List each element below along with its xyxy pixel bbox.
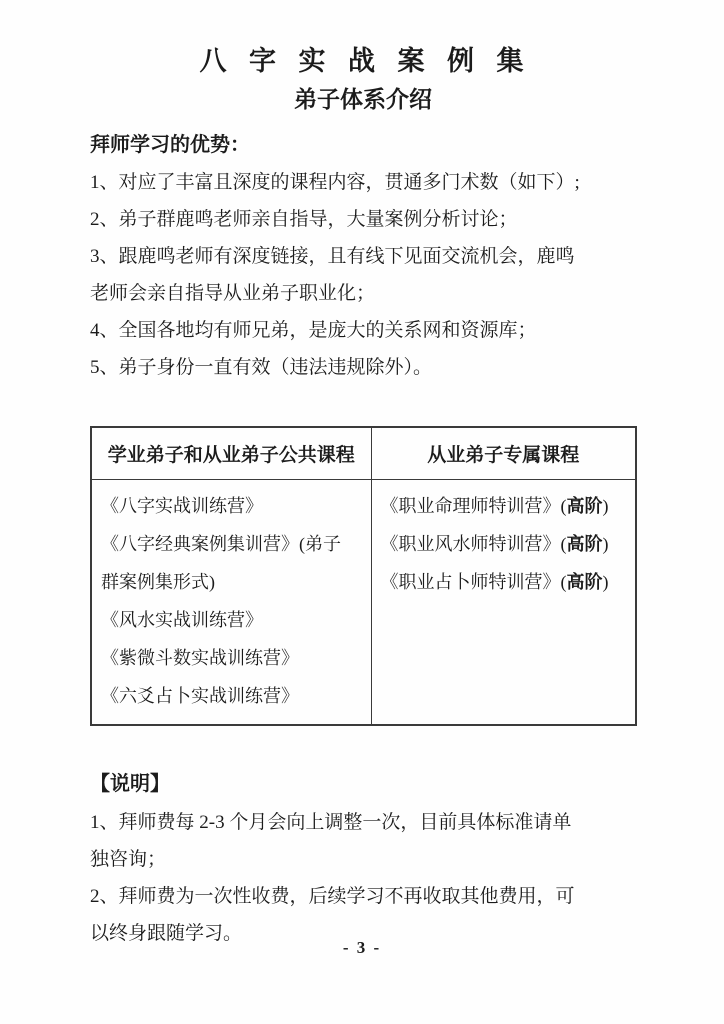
advantages-heading: 拜师学习的优势： [90, 131, 636, 159]
table-cell-common-courses: 《八字实战训练营》 《八字经典案例集训营》(弟子 群案例集形式) 《风水实战训练… [91, 479, 371, 725]
advantage-item: 1、对应了丰富且深度的课程内容，贯通多门术数（如下）; [90, 164, 636, 201]
table-body-row: 《八字实战训练营》 《八字经典案例集训营》(弟子 群案例集形式) 《风水实战训练… [91, 479, 636, 725]
table-header-row: 学业弟子和从业弟子公共课程 从业弟子专属课程 [91, 427, 636, 479]
course-level-highlight: 高阶 [567, 496, 603, 516]
advantage-item: 5、弟子身份一直有效（违法违规除外）。 [90, 349, 636, 386]
course-item: 《职业风水师特训营》(高阶) [381, 525, 627, 563]
course-level-highlight: 高阶 [567, 572, 603, 592]
page-subtitle: 弟子体系介绍 [90, 85, 636, 115]
course-table: 学业弟子和从业弟子公共课程 从业弟子专属课程 《八字实战训练营》 《八字经典案例… [90, 426, 637, 726]
course-item: 《风水实战训练营》 [101, 601, 362, 639]
course-level-highlight: 高阶 [567, 534, 603, 554]
course-item: 《八字经典案例集训营》(弟子 群案例集形式) [101, 525, 362, 601]
table-header-pro-courses: 从业弟子专属课程 [371, 427, 636, 479]
advantage-item: 4、全国各地均有师兄弟，是庞大的关系网和资源库； [90, 312, 636, 349]
notes-heading: 【说明】 [90, 770, 636, 798]
document-page: 八 字 实 战 案 例 集 弟子体系介绍 拜师学习的优势： 1、对应了丰富且深度… [0, 0, 724, 1024]
notes-list: 1、拜师费每 2-3 个月会向上调整一次，目前具体标准请单 独咨询； 2、拜师费… [90, 804, 636, 952]
page-content: 八 字 实 战 案 例 集 弟子体系介绍 拜师学习的优势： 1、对应了丰富且深度… [0, 0, 724, 952]
course-item: 《职业命理师特训营》(高阶) [381, 487, 627, 525]
advantages-list: 1、对应了丰富且深度的课程内容，贯通多门术数（如下）; 2、弟子群鹿鸣老师亲自指… [90, 164, 636, 386]
course-item: 《八字实战训练营》 [101, 487, 362, 525]
course-item: 《紫微斗数实战训练营》 [101, 639, 362, 677]
page-title: 八 字 实 战 案 例 集 [90, 44, 636, 78]
table-header-common-courses: 学业弟子和从业弟子公共课程 [91, 427, 371, 479]
course-item: 《六爻占卜实战训练营》 [101, 677, 362, 715]
note-item: 1、拜师费每 2-3 个月会向上调整一次，目前具体标准请单 独咨询； [90, 804, 636, 878]
advantage-item: 3、跟鹿鸣老师有深度链接，且有线下见面交流机会，鹿鸣 老师会亲自指导从业弟子职业… [90, 238, 636, 312]
table-cell-pro-courses: 《职业命理师特训营》(高阶) 《职业风水师特训营》(高阶) 《职业占卜师特训营》… [371, 479, 636, 725]
advantage-item: 2、弟子群鹿鸣老师亲自指导，大量案例分析讨论； [90, 201, 636, 238]
page-number: - 3 - [0, 938, 724, 958]
course-item: 《职业占卜师特训营》(高阶) [381, 563, 627, 601]
